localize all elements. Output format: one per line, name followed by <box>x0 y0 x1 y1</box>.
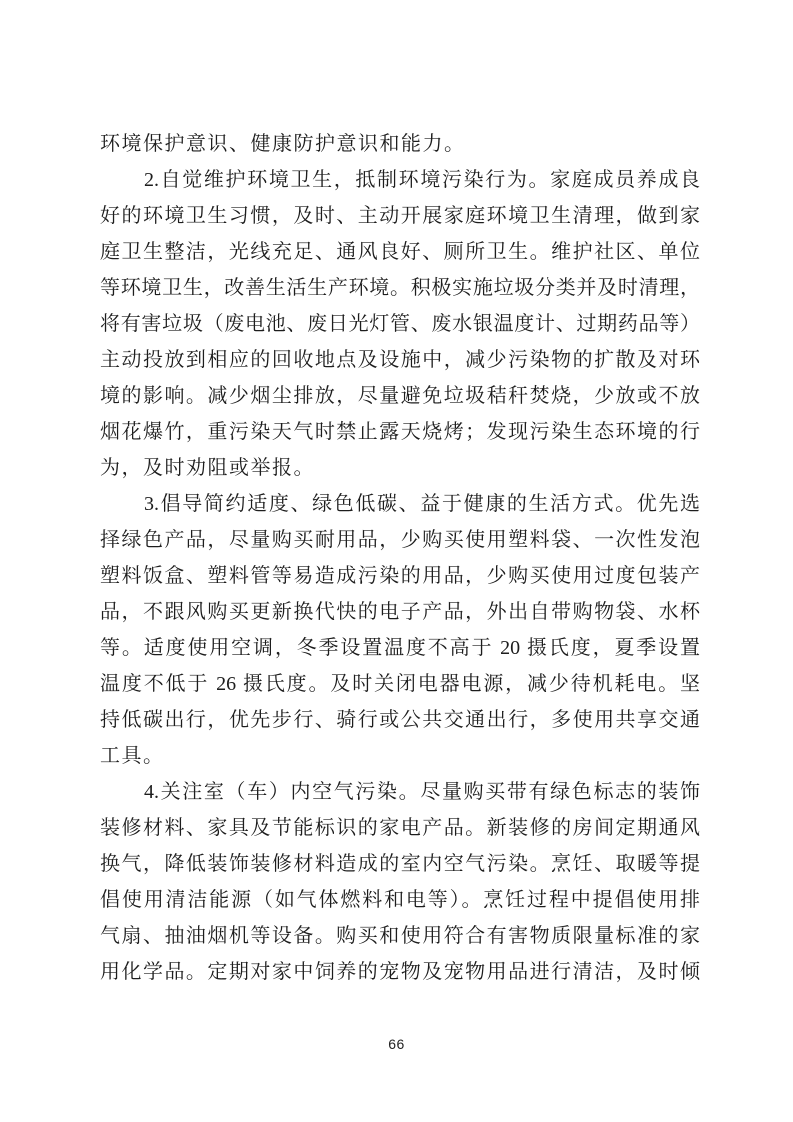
text-line-paragraph-4-2: 装修材料、家具及节能标识的家电产品。新装修的房间定期通风 <box>100 810 700 846</box>
text-line-paragraph-2-5: 将有害垃圾（废电池、废日光灯管、废水银温度计、过期药品等） <box>100 306 700 342</box>
page-number: 66 <box>388 1036 405 1052</box>
document-page: 环境保护意识、健康防护意识和能力。2.自觉维护环境卫生，抵制环境污染行为。家庭成… <box>0 0 793 1122</box>
text-line-paragraph-3-8: 工具。 <box>100 738 700 774</box>
text-line-paragraph-4-6: 用化学品。定期对家中饲养的宠物及宠物用品进行清洁，及时倾 <box>100 954 700 990</box>
text-line-paragraph-2-6: 主动投放到相应的回收地点及设施中，减少污染物的扩散及对环 <box>100 342 700 378</box>
text-line-paragraph-2-3: 庭卫生整洁，光线充足、通风良好、厕所卫生。维护社区、单位 <box>100 234 700 270</box>
text-line-paragraph-1-continuation-1: 环境保护意识、健康防护意识和能力。 <box>100 126 700 162</box>
text-line-paragraph-3-5: 等。适度使用空调，冬季设置温度不高于 20 摄氏度，夏季设置 <box>100 630 700 666</box>
text-line-paragraph-3-7: 持低碳出行，优先步行、骑行或公共交通出行，多使用共享交通 <box>100 702 700 738</box>
text-line-paragraph-4-1: 4.关注室（车）内空气污染。尽量购买带有绿色标志的装饰 <box>100 774 700 810</box>
text-line-paragraph-2-7: 境的影响。减少烟尘排放，尽量避免垃圾秸秆焚烧，少放或不放 <box>100 378 700 414</box>
text-line-paragraph-3-6: 温度不低于 26 摄氏度。及时关闭电器电源，减少待机耗电。坚 <box>100 666 700 702</box>
text-line-paragraph-3-2: 择绿色产品，尽量购买耐用品，少购买使用塑料袋、一次性发泡 <box>100 522 700 558</box>
text-line-paragraph-4-4: 倡使用清洁能源（如气体燃料和电等）。烹饪过程中提倡使用排 <box>100 882 700 918</box>
text-line-paragraph-4-5: 气扇、抽油烟机等设备。购买和使用符合有害物质限量标准的家 <box>100 918 700 954</box>
text-line-paragraph-3-3: 塑料饭盒、塑料管等易造成污染的用品，少购买使用过度包装产 <box>100 558 700 594</box>
text-line-paragraph-2-4: 等环境卫生，改善生活生产环境。积极实施垃圾分类并及时清理， <box>100 270 700 306</box>
text-line-paragraph-2-2: 好的环境卫生习惯，及时、主动开展家庭环境卫生清理，做到家 <box>100 198 700 234</box>
text-line-paragraph-3-1: 3.倡导简约适度、绿色低碳、益于健康的生活方式。优先选 <box>100 486 700 522</box>
text-line-paragraph-2-9: 为，及时劝阻或举报。 <box>100 450 700 486</box>
text-body: 环境保护意识、健康防护意识和能力。2.自觉维护环境卫生，抵制环境污染行为。家庭成… <box>100 126 700 990</box>
page-footer: 66 <box>0 1036 793 1054</box>
text-line-paragraph-3-4: 品，不跟风购买更新换代快的电子产品，外出自带购物袋、水杯 <box>100 594 700 630</box>
text-line-paragraph-2-8: 烟花爆竹，重污染天气时禁止露天烧烤；发现污染生态环境的行 <box>100 414 700 450</box>
text-line-paragraph-4-3: 换气，降低装饰装修材料造成的室内空气污染。烹饪、取暖等提 <box>100 846 700 882</box>
text-line-paragraph-2-1: 2.自觉维护环境卫生，抵制环境污染行为。家庭成员养成良 <box>100 162 700 198</box>
